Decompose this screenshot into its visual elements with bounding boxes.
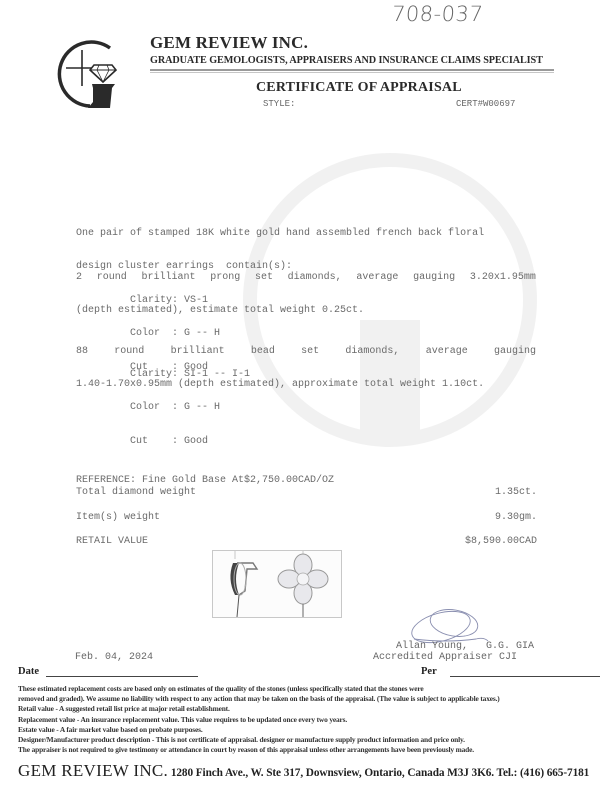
earrings-photo	[212, 550, 342, 618]
cert-number: CERT#W00697	[456, 99, 515, 109]
disclaimer-line: These estimated replacement costs are ba…	[18, 684, 500, 694]
per-signature-line	[450, 676, 600, 677]
word: bead	[251, 346, 275, 357]
gold-reference: REFERENCE: Fine Gold Base At$2,750.00CAD…	[76, 475, 334, 486]
style-label: STYLE:	[263, 99, 295, 109]
handwritten-file-number: 708-037	[391, 2, 484, 26]
word: gauging	[494, 346, 536, 357]
disclaimer-line: removed and graded). We assume no liabil…	[18, 694, 500, 704]
signer-role: Accredited Appraiser CJI	[373, 652, 517, 663]
grade-color: Color : G -- H	[130, 402, 250, 413]
word: set	[301, 346, 319, 357]
header-divider-thin	[150, 72, 554, 73]
description-line: One pair of stamped 18K white gold hand …	[76, 228, 484, 239]
item-weight-label: Item(s) weight	[76, 512, 160, 523]
footer: GEM REVIEW INC. 1280 Finch Ave., W. Ste …	[18, 761, 589, 781]
date-line	[46, 676, 198, 677]
total-diamond-weight-value: 1.35ct.	[495, 487, 537, 498]
signer-name: Allan Young, G.G. GIA	[396, 641, 534, 652]
signature-scribble-icon	[396, 605, 506, 645]
retail-value-row: RETAIL VALUE $8,590.00CAD	[76, 536, 537, 547]
header-divider	[150, 69, 554, 71]
date-value: Feb. 04, 2024	[75, 652, 153, 663]
disclaimer-line: Estate value - A fair market value based…	[18, 725, 500, 735]
item-weight-value: 9.30gm.	[495, 512, 537, 523]
word: gauging	[413, 272, 455, 283]
word: round	[97, 272, 127, 283]
grade-clarity: Clarity: SI-1 -- I-1	[130, 369, 250, 380]
earrings-illustration-icon	[213, 551, 341, 617]
total-diamond-weight-label: Total diamond weight	[76, 487, 196, 498]
word: diamonds,	[288, 272, 342, 283]
grade-cut: Cut : Good	[130, 436, 250, 447]
disclaimer: These estimated replacement costs are ba…	[18, 684, 500, 755]
total-diamond-weight-row: Total diamond weight 1.35ct.	[76, 487, 537, 498]
word: 88	[76, 346, 88, 357]
per-label: Per	[421, 666, 437, 677]
word: average	[356, 272, 398, 283]
item-weight-row: Item(s) weight 9.30gm.	[76, 512, 537, 523]
disclaimer-line: The appraiser is not required to give te…	[18, 745, 500, 755]
stone-group-2-grades: Clarity: SI-1 -- I-1 Color : G -- H Cut …	[130, 346, 250, 459]
word: 2	[76, 272, 82, 283]
document-title: CERTIFICATE OF APPRAISAL	[256, 80, 462, 96]
retail-value-label: RETAIL VALUE	[76, 536, 148, 547]
footer-address: 1280 Finch Ave., W. Ste 317, Downsview, …	[168, 767, 589, 779]
word: set	[255, 272, 273, 283]
word: average	[426, 346, 468, 357]
retail-value-value: $8,590.00CAD	[465, 536, 537, 547]
disclaimer-line: Designer/Manufacturer product descriptio…	[18, 735, 500, 745]
disclaimer-line: Retail value - A suggested retail list p…	[18, 704, 500, 714]
word: diamonds,	[345, 346, 399, 357]
disclaimer-line: Replacement value - An insurance replace…	[18, 715, 500, 725]
company-tagline: GRADUATE GEMOLOGISTS, APPRAISERS AND INS…	[150, 55, 543, 66]
company-name: GEM REVIEW INC.	[150, 33, 308, 53]
grade-clarity: Clarity: VS-1	[130, 295, 220, 306]
word: 3.20x1.95mm	[470, 272, 536, 283]
date-label: Date	[18, 666, 39, 677]
footer-company-name: GEM REVIEW INC.	[18, 761, 168, 780]
gem-logo-icon	[52, 36, 122, 110]
